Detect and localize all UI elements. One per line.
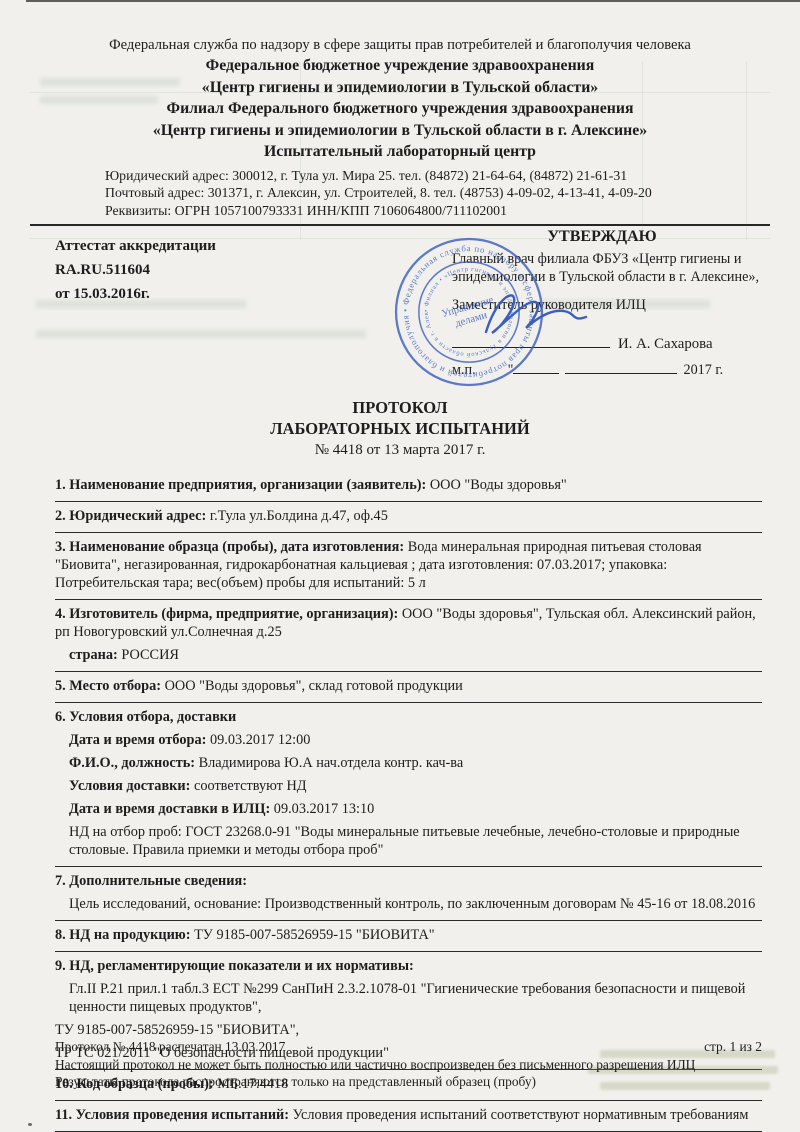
section-1: 1. Наименование предприятия, организации… — [55, 471, 762, 502]
section-2-value: г.Тула ул.Болдина д.47, оф.45 — [210, 508, 388, 524]
agency-name: Федеральная служба по надзору в сфере за… — [90, 36, 710, 55]
scan-edge-artifact — [26, 0, 800, 2]
date-year: 2017 г. — [683, 362, 723, 378]
section-9-label: 9. НД, регламентирующие показатели и их … — [55, 958, 414, 974]
scanned-protocol-page: Федеральная служба по надзору в сфере за… — [0, 0, 800, 1132]
protocol-title-line-2: ЛАБОРАТОРНЫХ ИСПЫТАНИЙ — [0, 418, 800, 439]
section-11: 11. Условия проведения испытаний: Услови… — [55, 1101, 762, 1132]
row-value: 09.03.2017 13:10 — [274, 801, 374, 817]
legal-address: Юридический адрес: 300012, г. Тула ул. М… — [105, 167, 800, 185]
handwritten-signature — [478, 288, 593, 340]
scan-speck-artifact — [28, 1123, 32, 1126]
accreditation-block: Аттестат аккредитации RA.RU.511604 от 15… — [55, 234, 216, 306]
org-line-4: «Центр гигиены и эпидемиологии в Тульско… — [0, 120, 800, 142]
section-8-label: 8. НД на продукцию: — [55, 927, 191, 943]
org-line-1: Федеральное бюджетное учреждение здравоо… — [0, 55, 800, 77]
footer-disclaimer-1: Настоящий протокол не может быть полност… — [55, 1056, 762, 1074]
row-value: 09.03.2017 12:00 — [210, 732, 310, 748]
bleed-through-ghost — [40, 96, 158, 104]
row-value: Владимирова Ю.А нач.отдела контр. кач-ва — [199, 755, 464, 771]
section-8: 8. НД на продукцию: ТУ 9185-007-58526959… — [55, 921, 762, 952]
page-indicator: стр. 1 из 2 — [704, 1038, 762, 1056]
section-8-value: ТУ 9185-007-58526959-15 "БИОВИТА" — [194, 927, 435, 943]
section-4-country-value: РОССИЯ — [121, 647, 179, 663]
section-6-row-1: Дата и время отбора: 09.03.2017 12:00 — [55, 731, 762, 749]
protocol-number-date: № 4418 от 13 марта 2017 г. — [0, 442, 800, 459]
section-1-label: 1. Наименование предприятия, организации… — [55, 477, 426, 493]
section-6-row-4: Дата и время доставки в ИЛЦ: 09.03.2017 … — [55, 800, 762, 818]
protocol-title-block: ПРОТОКОЛ ЛАБОРАТОРНЫХ ИСПЫТАНИЙ № 4418 о… — [0, 397, 800, 459]
accreditation-number: RA.RU.511604 — [55, 258, 216, 282]
section-4-label: 4. Изготовитель (фирма, предприятие, орг… — [55, 606, 398, 622]
accreditation-title: Аттестат аккредитации — [55, 234, 216, 258]
section-1-value: ООО "Воды здоровья" — [430, 477, 567, 493]
section-7: 7. Дополнительные сведения: Цель исследо… — [55, 867, 762, 921]
signer-name: И. А. Сахарова — [618, 336, 713, 352]
row-label: НД на отбор проб: — [69, 824, 182, 840]
section-4: 4. Изготовитель (фирма, предприятие, орг… — [55, 600, 762, 672]
row-label: Условия доставки: — [69, 778, 190, 794]
date-month-line — [565, 361, 677, 374]
bleed-through-ghost — [746, 62, 747, 240]
section-5-label: 5. Место отбора: — [55, 678, 161, 694]
row-label: Дата и время отбора: — [69, 732, 206, 748]
bleed-through-ghost — [642, 62, 643, 240]
section-2-label: 2. Юридический адрес: — [55, 508, 206, 524]
section-5-value: ООО "Воды здоровья", склад готовой проду… — [165, 678, 463, 694]
section-5: 5. Место отбора: ООО "Воды здоровья", ск… — [55, 672, 762, 703]
protocol-title-line-1: ПРОТОКОЛ — [0, 397, 800, 418]
requisites: Реквизиты: ОГРН 1057100793331 ИНН/КПП 71… — [105, 202, 800, 220]
row-label: Ф.И.О., должность: — [69, 755, 195, 771]
section-7-label: 7. Дополнительные сведения: — [55, 873, 247, 889]
accreditation-date: от 15.03.2016г. — [55, 282, 216, 306]
postal-address: Почтовый адрес: 301371, г. Алексин, ул. … — [105, 184, 800, 202]
section-11-label: 11. Условия проведения испытаний: — [55, 1107, 289, 1123]
bleed-through-ghost — [30, 92, 770, 93]
document-footer: Протокол № 4418 распечатан 13.03.2017 ст… — [55, 1038, 762, 1091]
footer-disclaimer-2: Результаты протокола распространяются то… — [55, 1073, 762, 1091]
approval-area: Аттестат аккредитации RA.RU.511604 от 15… — [0, 226, 800, 389]
section-6-row-2: Ф.И.О., должность: Владимирова Ю.А нач.о… — [55, 754, 762, 772]
section-9-line-1: Гл.II Р.21 прил.1 табл.3 ЕСТ №299 СанПиН… — [55, 980, 762, 1016]
footer-protocol-line: Протокол № 4418 распечатан 13.03.2017 — [55, 1038, 285, 1056]
org-line-5: Испытательный лабораторный центр — [0, 141, 800, 163]
row-value: соответствуют НД — [194, 778, 307, 794]
section-6-row-5: НД на отбор проб: ГОСТ 23268.0-91 "Воды … — [55, 823, 762, 859]
section-11-value: Условия проведения испытаний соответству… — [293, 1107, 749, 1123]
section-9-line-2: ТУ 9185-007-58526959-15 "БИОВИТА", — [55, 1021, 762, 1039]
protocol-sections: 1. Наименование предприятия, организации… — [55, 471, 762, 1132]
section-4-country-label: страна: — [69, 647, 118, 663]
contact-details: Юридический адрес: 300012, г. Тула ул. М… — [105, 167, 800, 220]
section-2: 2. Юридический адрес: г.Тула ул.Болдина … — [55, 502, 762, 533]
section-6: 6. Условия отбора, доставки Дата и время… — [55, 703, 762, 867]
row-label: Дата и время доставки в ИЛЦ: — [69, 801, 270, 817]
section-7-line-1: Цель исследований, основание: Производст… — [55, 895, 762, 913]
bleed-through-ghost — [40, 78, 180, 86]
section-6-label: 6. Условия отбора, доставки — [55, 709, 236, 725]
section-3: 3. Наименование образца (пробы), дата из… — [55, 533, 762, 600]
bleed-through-ghost — [300, 62, 301, 240]
section-3-label: 3. Наименование образца (пробы), дата из… — [55, 539, 404, 555]
section-4-country-row: страна: РОССИЯ — [55, 646, 762, 664]
section-6-row-3: Условия доставки: соответствуют НД — [55, 777, 762, 795]
